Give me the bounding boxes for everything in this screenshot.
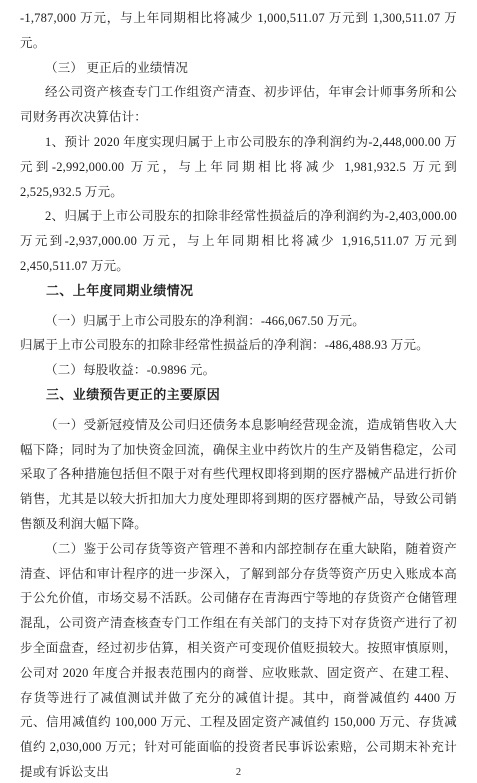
paragraph: 经公司资产核查专门工作组资产清查、初步评估，年审会计师事务所和公司财务再次决算估… (20, 80, 457, 130)
paragraph: （三） 更正后的业绩情况 (20, 56, 457, 81)
section-heading: 二、上年度同期业绩情况 (20, 279, 457, 304)
paragraph: （一）归属于上市公司股东的净利润：-466,067.50 万元。 (20, 309, 457, 334)
document-page: -1,787,000 万元，与上年同期相比将减少 1,000,511.07 万元… (0, 0, 477, 783)
document-body: -1,787,000 万元，与上年同期相比将减少 1,000,511.07 万元… (20, 6, 457, 783)
section-heading: 三、业绩预告更正的主要原因 (20, 383, 457, 408)
paragraph: -1,787,000 万元，与上年同期相比将减少 1,000,511.07 万元… (20, 6, 457, 56)
paragraph: （一）受新冠疫情及公司归还债务本息影响经营现金流，造成销售收入大幅下降；同时为了… (20, 413, 457, 537)
paragraph: （二）鉴于公司存货等资产管理不善和内部控制存在重大缺陷，随着资产清查、评估和审计… (20, 537, 457, 783)
paragraph: 归属于上市公司股东的扣除非经常性损益后的净利润：-486,488.93 万元。 (20, 333, 457, 358)
paragraph: 1、预计 2020 年度实现归属于上市公司股东的净利润约为-2,448,000.… (20, 130, 457, 204)
page-number: 2 (0, 767, 477, 778)
paragraph: 2、归属于上市公司股东的扣除非经常性损益后的净利润约为-2,403,000.00… (20, 204, 457, 278)
paragraph: （二）每股收益：-0.9896 元。 (20, 358, 457, 383)
